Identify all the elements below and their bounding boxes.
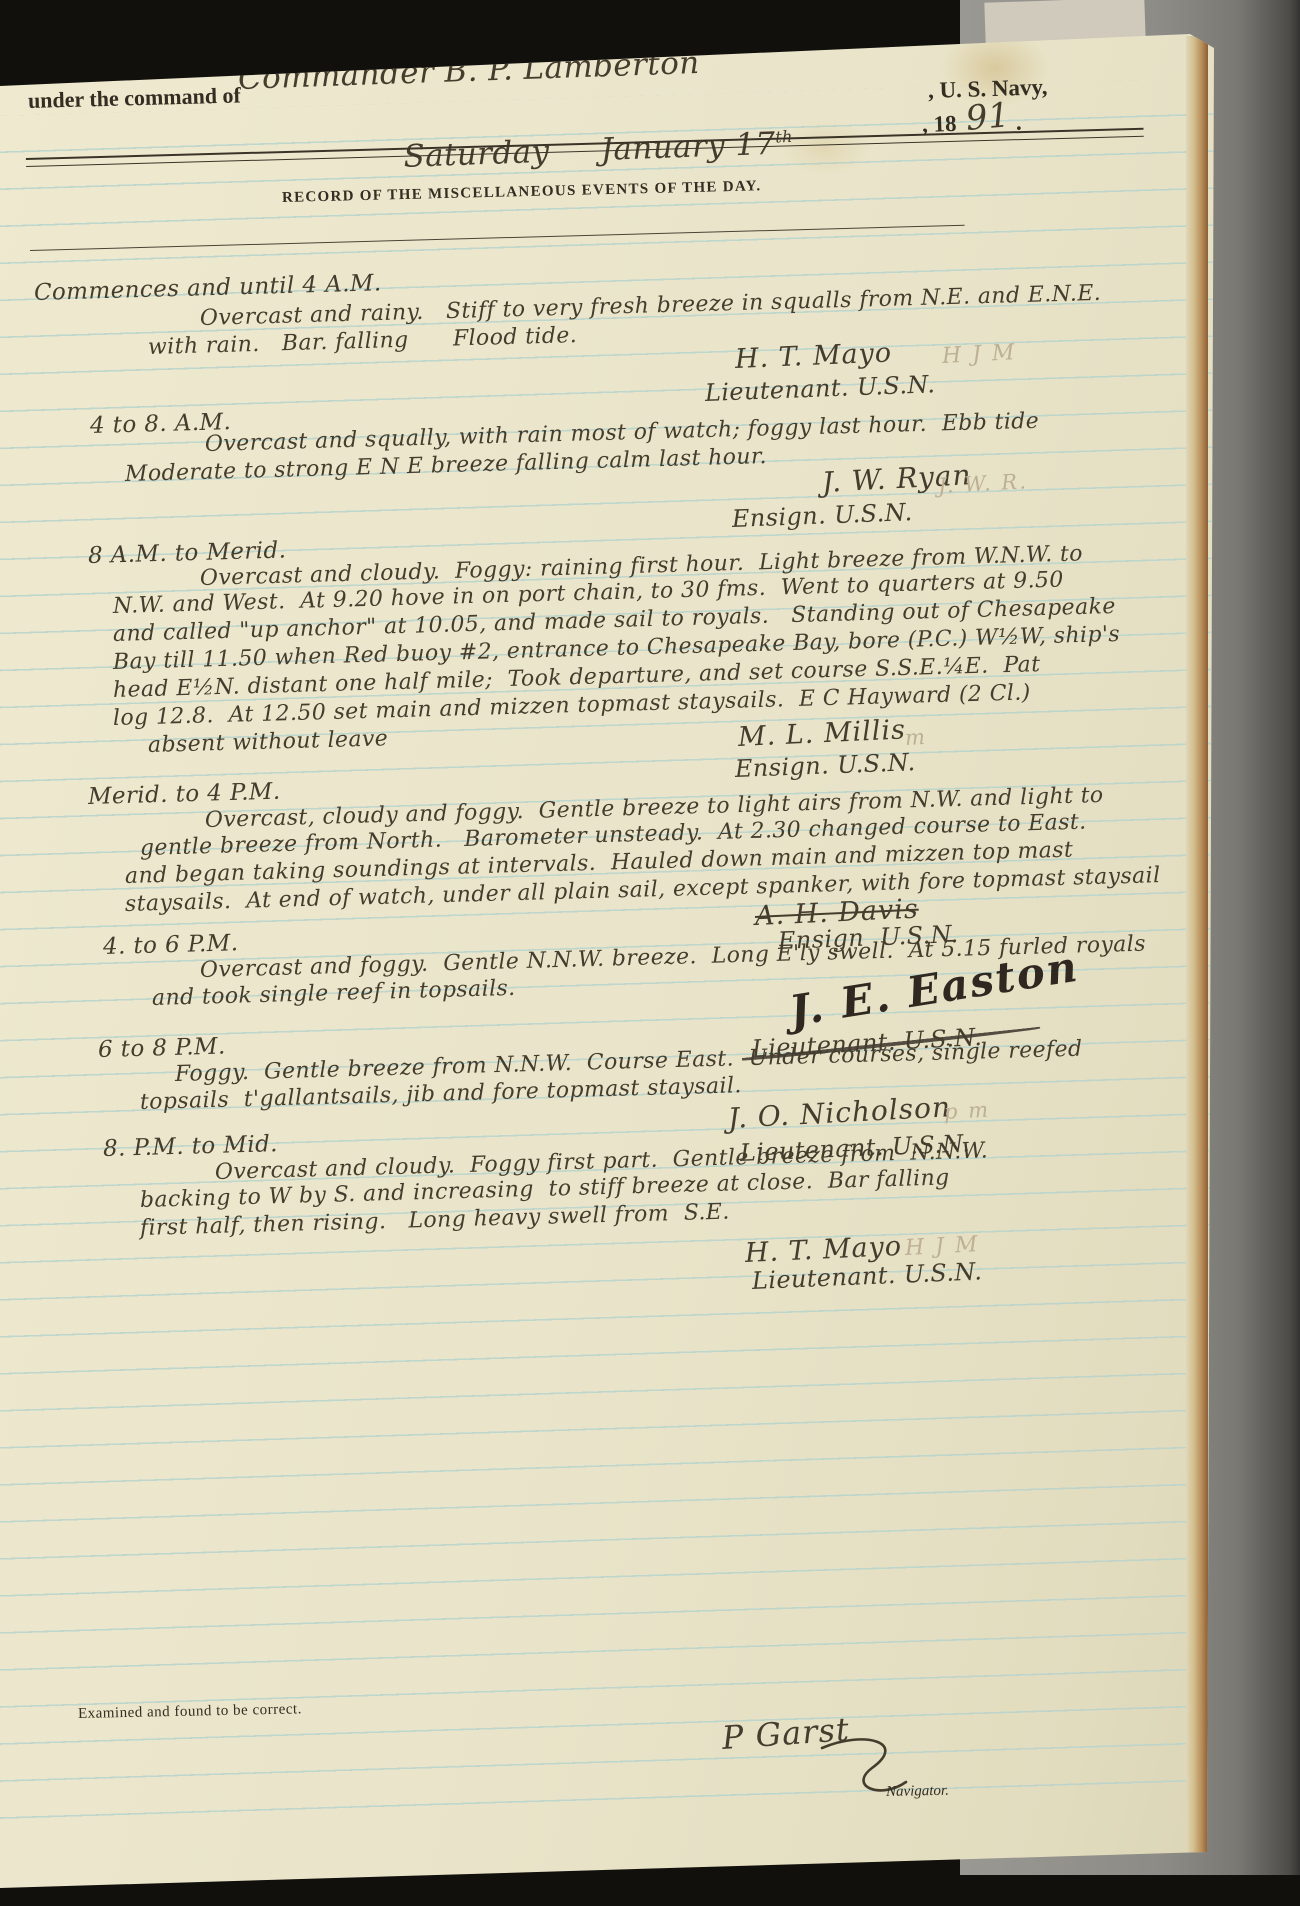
watch-heading: 6 to 8 P.M. xyxy=(98,1033,226,1063)
pencil-initials: p m xyxy=(943,1098,990,1125)
commander-name-handwritten: Commander B. P. Lamberton xyxy=(237,46,700,98)
logbook-photo: under the command of Commander B. P. Lam… xyxy=(0,0,1300,1906)
logbook-page: under the command of Commander B. P. Lam… xyxy=(0,0,1300,1906)
pencil-initials: J. W. R. xyxy=(937,469,1028,498)
pencil-initials: H J M xyxy=(941,340,1017,369)
officer-signature: H. T. Mayo xyxy=(734,337,892,375)
watch-heading: 8. P.M. to Mid. xyxy=(103,1131,279,1162)
watch-heading: Merid. to 4 P.M. xyxy=(88,779,281,811)
pencil-initials: m xyxy=(904,725,927,750)
page-edge-stack xyxy=(1186,36,1208,1854)
watch-heading: 4. to 6 P.M. xyxy=(103,930,239,960)
navigator-label: Navigator. xyxy=(886,1783,949,1802)
